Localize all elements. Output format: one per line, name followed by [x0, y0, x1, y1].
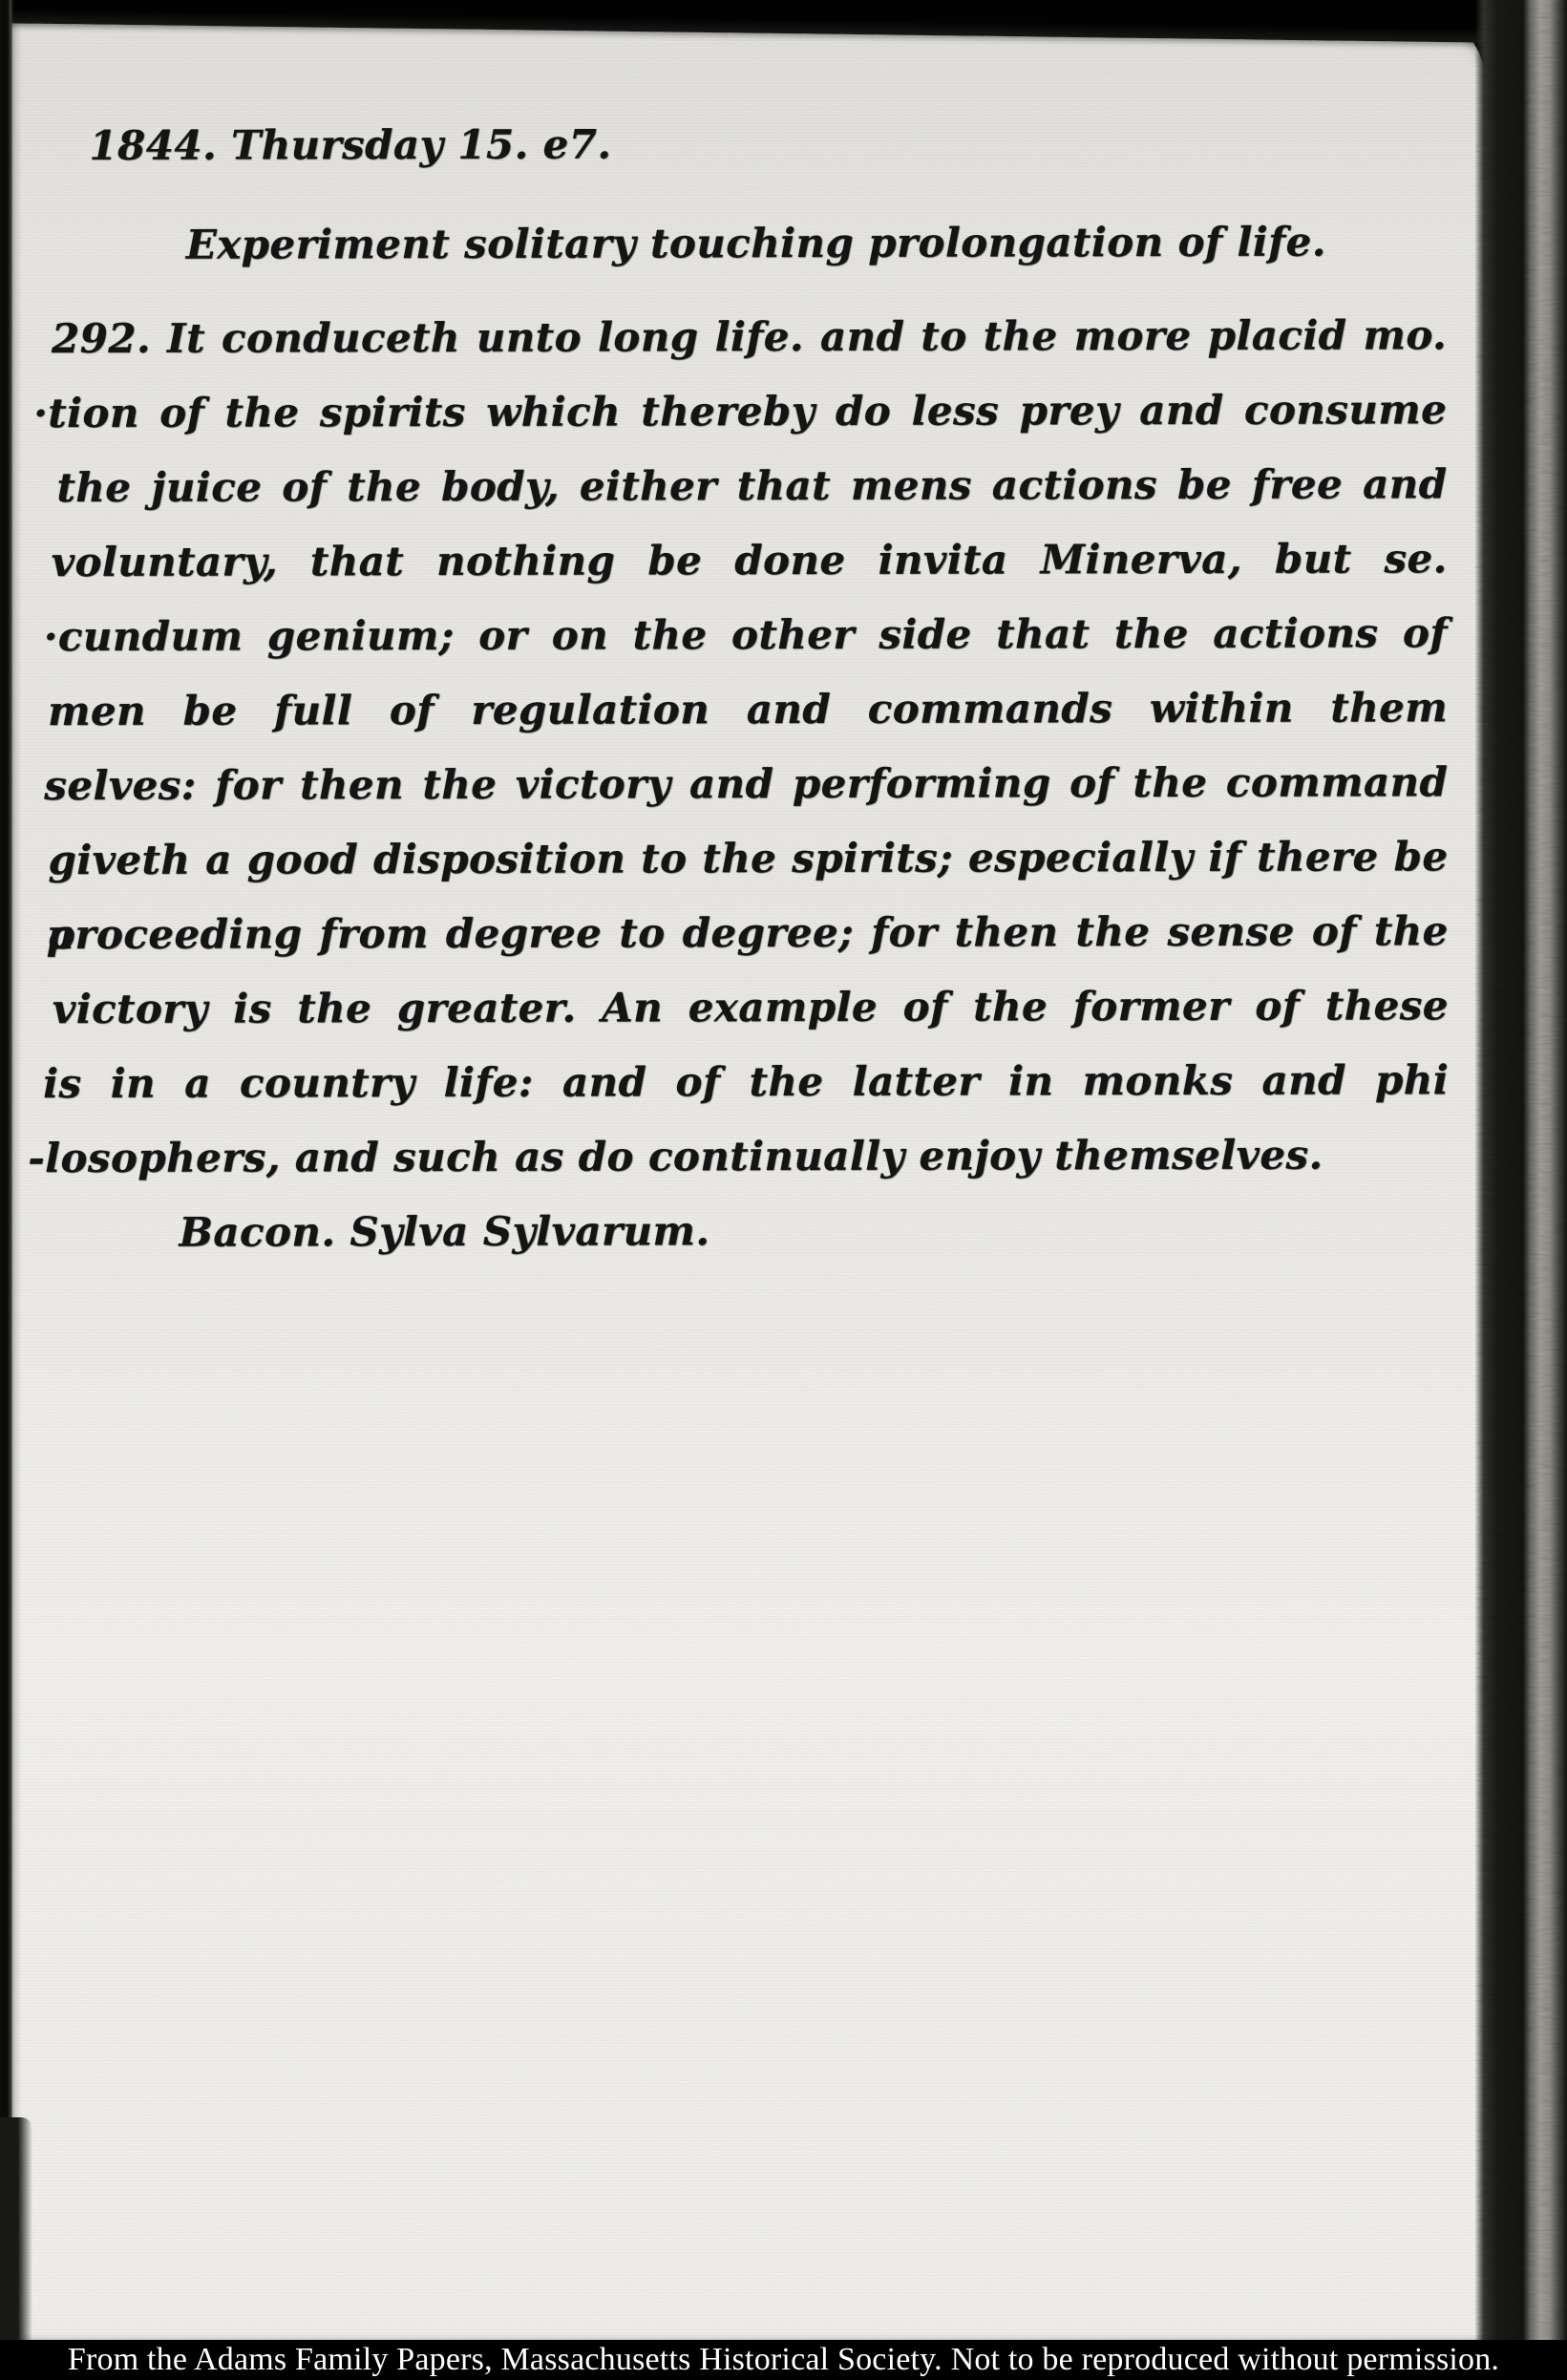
body-line: ·tion of the spirits which thereby do le… [33, 372, 1447, 451]
body-line: giveth a good disposition to the spirits… [48, 819, 1448, 898]
book-binding-edge [1475, 0, 1567, 2380]
handwriting-block: 1844. Thursday 15. e7. Experiment solita… [0, 105, 1567, 1270]
scan-left-border [0, 0, 13, 2380]
body-line: is in a country life: and of the latter … [43, 1043, 1449, 1121]
scan-left-border-bottom [0, 2117, 32, 2342]
body-line: the juice of the body, either that mens … [56, 447, 1447, 525]
attribution-line: Bacon. Sylva Sylvarum. [179, 1192, 1567, 1270]
body-line: ·cundum genium; or on the other side tha… [44, 596, 1448, 674]
archive-caption-text: From the Adams Family Papers, Massachuse… [68, 2340, 1499, 2380]
body-line: victory is the greater. An example of th… [53, 968, 1449, 1047]
body-line: selves: for then the victory and perform… [44, 745, 1448, 823]
heading-line: Experiment solitary touching prolongatio… [186, 204, 1566, 283]
body-line: 292. It conduceth unto long life. and to… [52, 298, 1447, 376]
date-line: 1844. Thursday 15. e7. [89, 105, 1565, 183]
archive-caption-bar: From the Adams Family Papers, Massachuse… [0, 2340, 1567, 2380]
body-line: men be full of regulation and commands w… [48, 670, 1448, 749]
manuscript-scan: 1844. Thursday 15. e7. Experiment solita… [0, 0, 1567, 2380]
body-line: proceeding from degree to degree; for th… [47, 894, 1449, 972]
body-line: voluntary, that nothing be done invita M… [52, 521, 1448, 600]
body-line: -losophers, and such as do continually e… [28, 1117, 1449, 1196]
